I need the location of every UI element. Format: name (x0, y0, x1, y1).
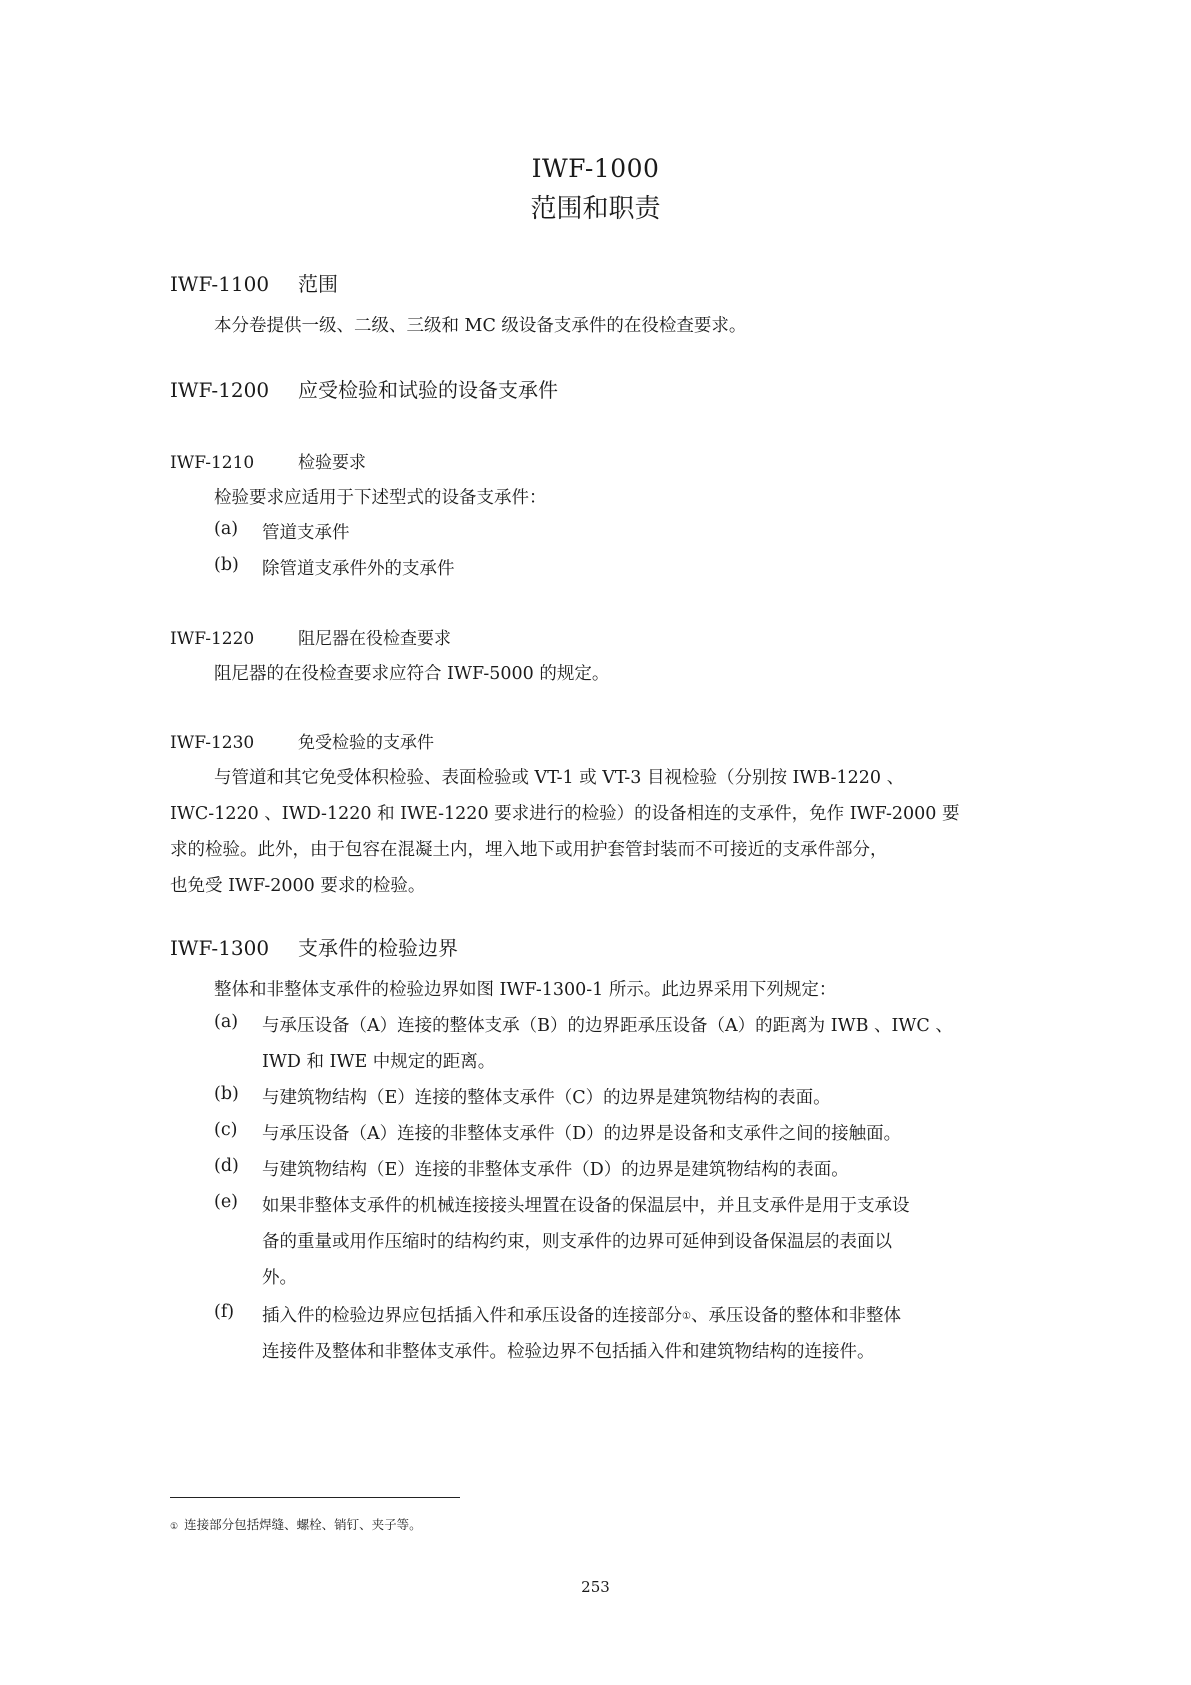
section-heading-1210: IWF-1210检验要求 (170, 448, 366, 473)
paragraph-line: 也免受 IWF-2000 要求的检验。 (170, 872, 425, 897)
chapter-code: IWF-1000 (0, 154, 1191, 183)
list-item-label: (b) (214, 555, 239, 575)
section-heading-1200: IWF-1200应受检验和试验的设备支承件 (170, 374, 558, 403)
section-heading-1100: IWF-1100范围 (170, 268, 338, 297)
section-heading-1300: IWF-1300支承件的检验边界 (170, 932, 458, 961)
list-item-text: 连接件及整体和非整体支承件。检验边界不包括插入件和建筑物结构的连接件。 (262, 1338, 875, 1363)
list-item-label: (a) (214, 519, 238, 539)
footnote-divider (170, 1497, 460, 1498)
list-item-text: 与建筑物结构（E）连接的整体支承件（C）的边界是建筑物结构的表面。 (262, 1084, 831, 1109)
list-item-text: 与承压设备（A）连接的非整体支承件（D）的边界是设备和支承件之间的接触面。 (262, 1120, 901, 1145)
section-body-1220: 阻尼器的在役检查要求应符合 IWF-5000 的规定。 (214, 660, 609, 685)
list-item-text: 外。 (262, 1264, 297, 1289)
section-body-1100: 本分卷提供一级、二级、三级和 MC 级设备支承件的在役检查要求。 (214, 312, 746, 337)
list-item-text: 备的重量或用作压缩时的结构约束，则支承件的边界可延伸到设备保温层的表面以 (262, 1228, 892, 1253)
list-item-label: (d) (214, 1156, 239, 1176)
list-item-text: 除管道支承件外的支承件 (262, 555, 455, 580)
paragraph-line: 求的检验。此外，由于包容在混凝土内，埋入地下或用护套管封装而不可接近的支承件部分… (170, 836, 888, 861)
list-item-label: (b) (214, 1084, 239, 1104)
list-item-text: 管道支承件 (262, 519, 350, 544)
list-item-label: (e) (214, 1192, 238, 1212)
list-item-text: IWD 和 IWE 中规定的距离。 (262, 1048, 495, 1073)
footnote-mark: ① (170, 1522, 178, 1532)
list-item-text: 插入件的检验边界应包括插入件和承压设备的连接部分①、承压设备的整体和非整体 (262, 1302, 901, 1327)
chapter-title: 范围和职责 (0, 188, 1191, 225)
list-item-text: 如果非整体支承件的机械连接接头埋置在设备的保温层中，并且支承件是用于支承设 (262, 1192, 910, 1217)
section-heading-1230: IWF-1230免受检验的支承件 (170, 728, 434, 753)
section-body-1300: 整体和非整体支承件的检验边界如图 IWF-1300-1 所示。此边界采用下列规定… (214, 976, 836, 1001)
paragraph-line: IWC-1220 、IWD-1220 和 IWE-1220 要求进行的检验）的设… (170, 800, 959, 825)
paragraph-line: 与管道和其它免受体积检验、表面检验或 VT-1 或 VT-3 目视检验（分别按 … (214, 764, 904, 789)
page-number: 253 (0, 1578, 1191, 1596)
list-item-label: (a) (214, 1012, 238, 1032)
footnote-reference[interactable]: ① (682, 1311, 691, 1322)
list-item-label: (c) (214, 1120, 237, 1140)
section-heading-1220: IWF-1220阻尼器在役检查要求 (170, 624, 451, 649)
list-item-text: 与承压设备（A）连接的整体支承（B）的边界距承压设备（A）的距离为 IWB 、I… (262, 1012, 953, 1037)
list-item-text: 与建筑物结构（E）连接的非整体支承件（D）的边界是建筑物结构的表面。 (262, 1156, 849, 1181)
footnote: ①连接部分包括焊缝、螺栓、销钉、夹子等。 (170, 1515, 422, 1533)
list-item-label: (f) (214, 1302, 234, 1322)
section-body-1210: 检验要求应适用于下述型式的设备支承件： (214, 484, 547, 509)
